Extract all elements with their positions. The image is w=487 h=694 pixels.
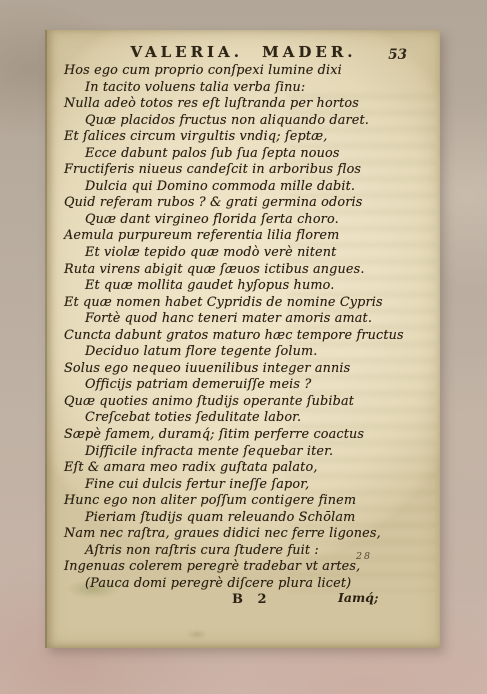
poem-line: Creſcebat toties ſedulitate labor. [64, 410, 404, 427]
poem-line: Pieriam ſtudijs quam releuando Schōlam [64, 510, 404, 527]
poem-line: Nulla adeò totos res eſt luſtranda per h… [64, 96, 404, 113]
poem-line: Ecce dabunt palos ſub ſua ſepta nouos [64, 146, 404, 163]
poem-line: Ruta virens abigit quæ ſæuos ictibus ang… [64, 262, 404, 279]
catchword: Iamq́; [338, 590, 379, 605]
page-number: 53 [388, 47, 407, 63]
book-page: VALERIA. MADER. 53 Hos ego cum proprio c… [45, 30, 440, 648]
poem-line: Cuncta dabunt gratos maturo hæc tempore … [64, 328, 404, 345]
poem-line: Fortè quod hanc teneri mater amoris amat… [64, 311, 404, 328]
poem-line: Quid referam rubos ? & grati germina odo… [64, 195, 404, 212]
poem-line: Quæ placidos fructus non aliquando daret… [64, 113, 404, 130]
poem-line: Ingenuas colerem peregrè tradebar vt art… [64, 559, 404, 576]
poem-line: Nam nec raſtra, graues didici nec ferre … [64, 526, 404, 543]
poem-line: Sæpè famem, duramq́; ſitim perferre coac… [64, 427, 404, 444]
poem-line: Deciduo latum flore tegente ſolum. [64, 344, 404, 361]
poem-line: Aemula purpureum referentia lilia florem [64, 228, 404, 245]
poem-line: Quæ dant virgineo florida ſerta choro. [64, 212, 404, 229]
poem-line: Aſtris non raſtris cura ſtudere fuit : [64, 543, 404, 560]
poem-line: Eſt & amara meo radix guſtata palato, [64, 460, 404, 477]
poem-line: Et violæ tepido quæ modò verè nitent [64, 245, 404, 262]
poem-line: Quæ quoties animo ſtudijs operante ſubib… [64, 394, 404, 411]
poem-line: Et ſalices circum virgultis vndiq; ſeptæ… [64, 129, 404, 146]
poem-line: Dulcia qui Domino commoda mille dabit. [64, 179, 404, 196]
ink-stain [187, 630, 207, 639]
poem-line: Fine cui dulcis fertur ineſſe ſapor, [64, 477, 404, 494]
margin-mark: 28 [356, 551, 372, 562]
poem-line: Solus ego nequeo iuuenilibus integer ann… [64, 361, 404, 378]
signature-mark: B 2 [232, 592, 272, 607]
poem-line: Et quæ nomen habet Cypridis de nomine Cy… [64, 295, 404, 312]
poem-line: In tacito voluens talia verba ſinu: [64, 80, 404, 97]
poem-line: Difficile infracta mente ſequebar iter. [64, 444, 404, 461]
running-title: VALERIA. MADER. [47, 43, 440, 61]
poem-line: Hos ego cum proprio conſpexi lumine dixi [64, 63, 404, 80]
poem-line: Hunc ego non aliter poſſum contigere fin… [64, 493, 404, 510]
poem-line: Officijs patriam demeruiſſe meis ? [64, 377, 404, 394]
poem-line: Et quæ mollita gaudet hyſopus humo. [64, 278, 404, 295]
scanned-book-photo: VALERIA. MADER. 53 Hos ego cum proprio c… [0, 0, 487, 694]
poem-line: Fructiferis niueus candeſcit in arboribu… [64, 162, 404, 179]
poem-text-block: Hos ego cum proprio conſpexi lumine dixi… [64, 63, 404, 593]
